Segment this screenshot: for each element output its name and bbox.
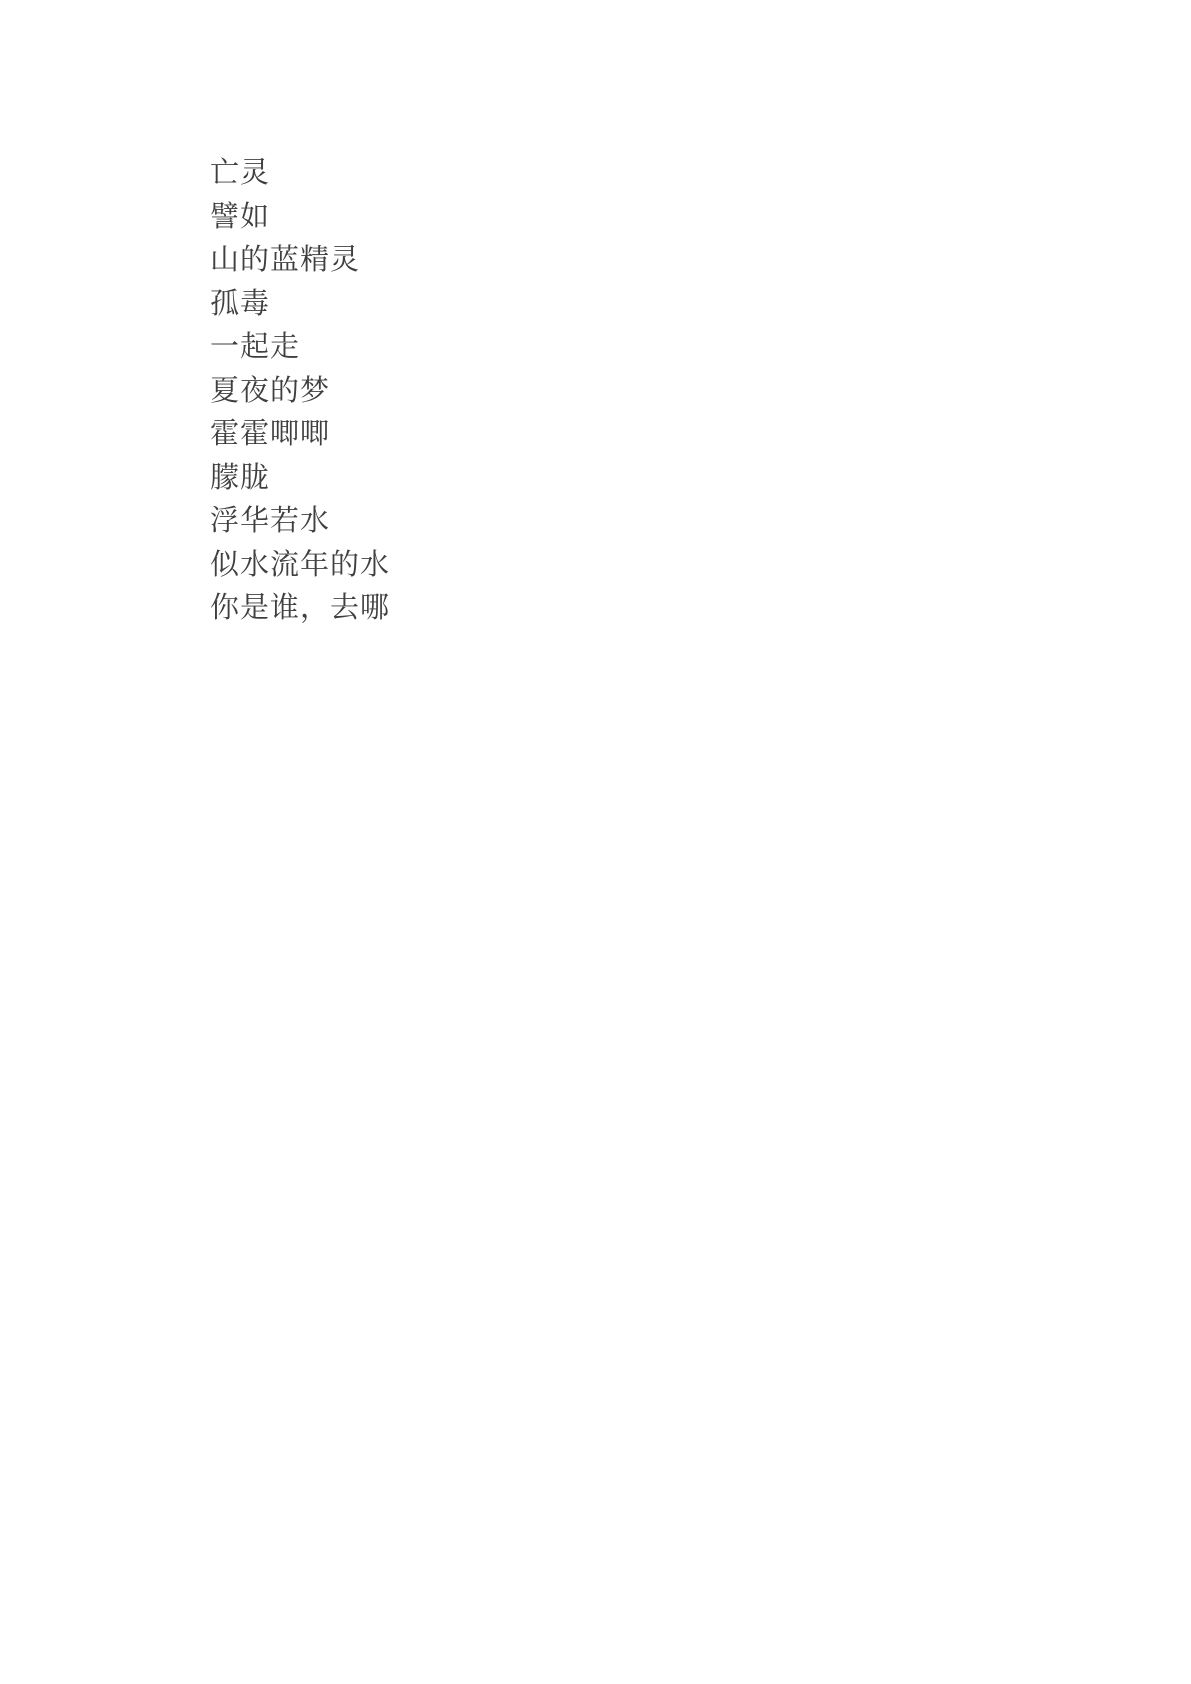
text-line: 似水流年的水 — [210, 544, 910, 588]
text-line: 浮华若水 — [210, 500, 910, 544]
text-line: 你是谁，去哪 — [210, 587, 910, 631]
document-page: 亡灵 譬如 山的蓝精灵 孤毒 一起走 夏夜的梦 霍霍唧唧 朦胧 浮华若水 似水流… — [0, 0, 1191, 1684]
text-block: 亡灵 譬如 山的蓝精灵 孤毒 一起走 夏夜的梦 霍霍唧唧 朦胧 浮华若水 似水流… — [210, 152, 910, 631]
text-line: 一起走 — [210, 326, 910, 370]
text-line: 霍霍唧唧 — [210, 413, 910, 457]
text-line: 朦胧 — [210, 457, 910, 501]
text-line: 譬如 — [210, 196, 910, 240]
text-line: 山的蓝精灵 — [210, 239, 910, 283]
text-line: 孤毒 — [210, 283, 910, 327]
text-line: 夏夜的梦 — [210, 370, 910, 414]
text-line: 亡灵 — [210, 152, 910, 196]
